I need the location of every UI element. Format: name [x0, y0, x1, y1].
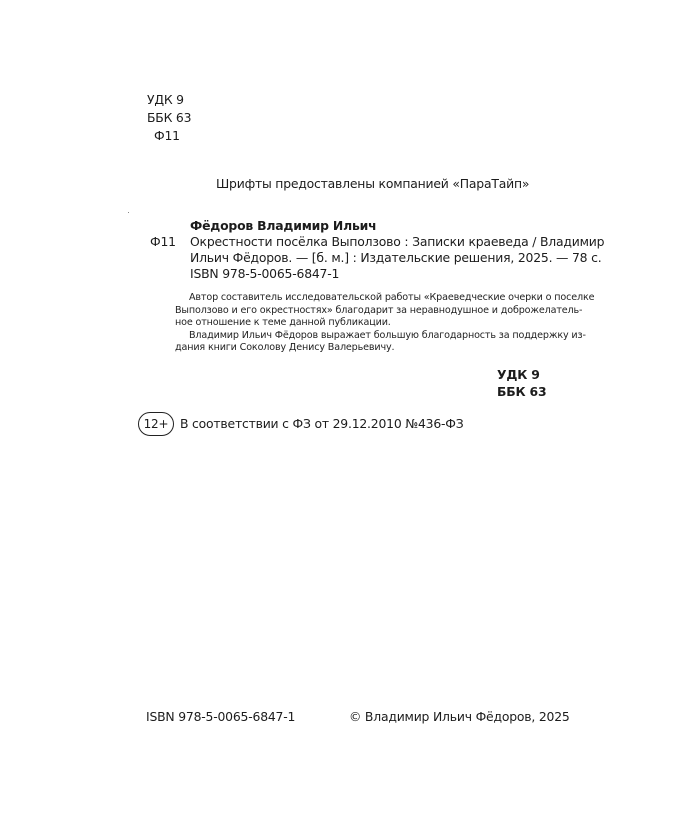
bibliographic-description: Окрестности посёлка Выползово : Записки …: [190, 234, 570, 282]
udk-code: УДК 9: [147, 92, 191, 110]
bbk-code: ББК 63: [497, 384, 546, 401]
catalog-author-sign: Ф11: [150, 234, 176, 250]
udk-code: УДК 9: [497, 367, 546, 384]
scan-speck: [128, 212, 129, 213]
ack-line: Автор составитель исследовательской рабо…: [175, 292, 555, 305]
ack-line: Выползово и его окрестностях» благодарит…: [175, 305, 555, 318]
ack-line: дания книги Соколову Денису Валерьевичу.: [175, 342, 555, 355]
footer-isbn: ISBN 978-5-0065-6847-1: [146, 709, 295, 725]
classification-codes-top: УДК 9 ББК 63 Ф11: [147, 92, 191, 146]
fonts-credit: Шрифты предоставлены компанией «ПараТайп…: [216, 176, 529, 192]
biblio-isbn: ISBN 978-5-0065-6847-1: [190, 266, 570, 282]
ack-line: Владимир Ильич Фёдоров выражает большую …: [175, 330, 555, 343]
age-rating-badge: 12+: [138, 412, 174, 436]
age-rating: 12+ В соответствии с ФЗ от 29.12.2010 №4…: [138, 412, 464, 436]
footer-copyright: © Владимир Ильич Фёдоров, 2025: [349, 709, 570, 725]
ack-line: ное отношение к теме данной публикации.: [175, 317, 555, 330]
age-rating-law: В соответствии с ФЗ от 29.12.2010 №436-Ф…: [180, 416, 464, 432]
acknowledgements: Автор составитель исследовательской рабо…: [175, 292, 555, 355]
bbk-code: ББК 63: [147, 110, 191, 128]
author-sign: Ф11: [147, 128, 191, 146]
biblio-line: Окрестности посёлка Выползово : Записки …: [190, 234, 570, 250]
classification-codes-bottom: УДК 9 ББК 63: [497, 367, 546, 401]
catalog-author-name: Фёдоров Владимир Ильич: [190, 218, 376, 234]
biblio-line: Ильич Фёдоров. — [б. м.] : Издательские …: [190, 250, 570, 266]
